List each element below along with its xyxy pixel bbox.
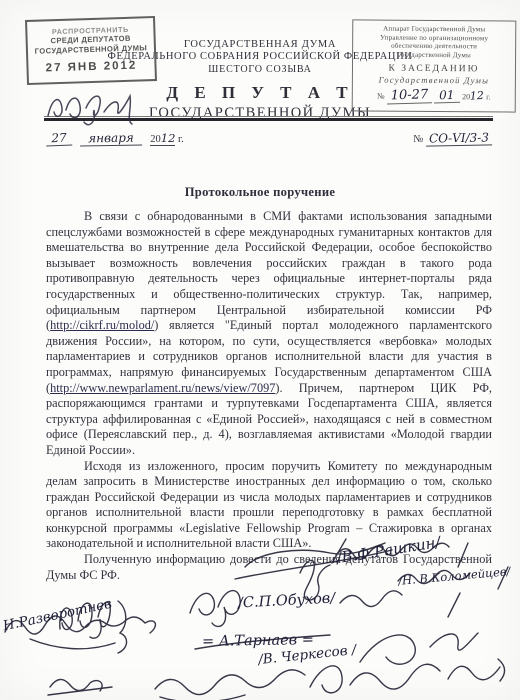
- handwritten-month: января: [79, 130, 141, 146]
- year-suffix: г.: [178, 134, 184, 145]
- distribution-stamp: РАСПРОСТРАНИТЬ СРЕДИ ДЕПУТАТОВ ГОСУДАРСТ…: [25, 16, 157, 85]
- handwritten-day: 27: [46, 131, 73, 147]
- stamp-number-row: № 10-27 01 2012 г.: [355, 88, 513, 105]
- stamp-date: 27 ЯНВ 2012: [31, 59, 151, 75]
- handwritten-number: 10-27: [386, 88, 432, 105]
- to-session-sublabel: Государственной Думы: [355, 75, 513, 86]
- number-sign: №: [377, 92, 385, 101]
- link-cikrf: http://cikrf.ru/molod/: [50, 318, 154, 332]
- document-body: В связи с обнародованными в СМИ фактами …: [46, 209, 492, 583]
- year-suffix: г.: [486, 93, 490, 102]
- number-sign: №: [413, 134, 423, 145]
- signature-squiggle: [40, 86, 150, 128]
- dateline: 27 января 2012 г. № СО-VI/3-3: [46, 131, 492, 153]
- doc-number-group: № СО-VI/3-3: [413, 131, 492, 146]
- handwritten-doc-number: СО-VI/3-3: [426, 130, 492, 146]
- session-stamp: Аппарат Государственной Думы Управление …: [352, 19, 517, 113]
- document-title: Протокольное поручение: [0, 185, 520, 200]
- signatures-block: /В.Ф.Рашкин/ /Н. В.Коломейцев/ /С.П.Обух…: [0, 537, 520, 700]
- stamp-line: Государственной Думы: [355, 50, 513, 60]
- paragraph-1: В связи с обнародованными в СМИ фактами …: [46, 209, 492, 459]
- year-prefix: 20: [150, 134, 161, 145]
- date-group: 27 января 2012 г.: [46, 131, 184, 146]
- to-session-label: К ЗАСЕДАНИЮ: [355, 64, 513, 75]
- handwritten-year: 12: [161, 131, 176, 145]
- body-text-segment: В связи с обнародованными в СМИ фактами …: [46, 209, 492, 332]
- year-slot: 2012: [150, 131, 175, 146]
- handwritten-year: 12: [470, 89, 485, 103]
- handwritten-number-2: 01: [434, 88, 460, 104]
- link-newparlament: http://www.newparlament.ru/news/view/709…: [50, 381, 275, 395]
- scanned-document-page: РАСПРОСТРАНИТЬ СРЕДИ ДЕПУТАТОВ ГОСУДАРСТ…: [0, 0, 520, 700]
